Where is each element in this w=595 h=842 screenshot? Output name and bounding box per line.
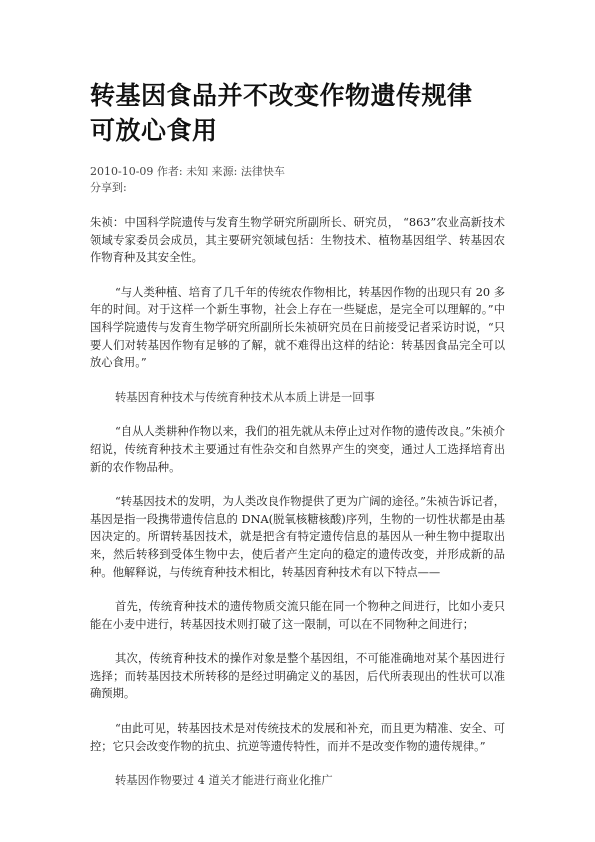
- document-page: 转基因食品并不改变作物遗传规律 可放心食用 2010-10-09 作者: 未知 …: [90, 78, 505, 790]
- section-heading-2: 转基因作物要过 4 道关才能进行商业化推广: [90, 772, 505, 790]
- article-title: 转基因食品并不改变作物遗传规律 可放心食用: [90, 78, 505, 148]
- paragraph-2: “自从人类耕种作物以来，我们的祖先就从未停止过对作物的遗传改良。”朱祯介绍说，传…: [90, 423, 505, 476]
- author-bio: 朱祯：中国科学院遗传与发育生物学研究所副所长、研究员， “863”农业高新技术领…: [90, 214, 505, 267]
- paragraph-4: 首先，传统育种技术的遗传物质交流只能在同一个物种之间进行，比如小麦只能在小麦中进…: [90, 598, 505, 633]
- article-meta: 2010-10-09 作者: 未知 来源: 法律快车: [90, 164, 505, 180]
- paragraph-6: “由此可见，转基因技术是对传统技术的发展和补充，而且更为精准、安全、可控；它只会…: [90, 720, 505, 755]
- share-label: 分享到:: [90, 180, 505, 196]
- section-heading-1: 转基因育种技术与传统育种技术从本质上讲是一回事: [90, 389, 505, 407]
- paragraph-3: “转基因技术的发明，为人类改良作物提供了更为广阔的途径。”朱祯告诉记者，基因是指…: [90, 493, 505, 581]
- paragraph-5: 其次，传统育种技术的操作对象是整个基因组，不可能准确地对某个基因进行选择；而转基…: [90, 650, 505, 703]
- paragraph-1: “与人类种植、培育了几千年的传统农作物相比，转基因作物的出现只有 20 多年的时…: [90, 284, 505, 372]
